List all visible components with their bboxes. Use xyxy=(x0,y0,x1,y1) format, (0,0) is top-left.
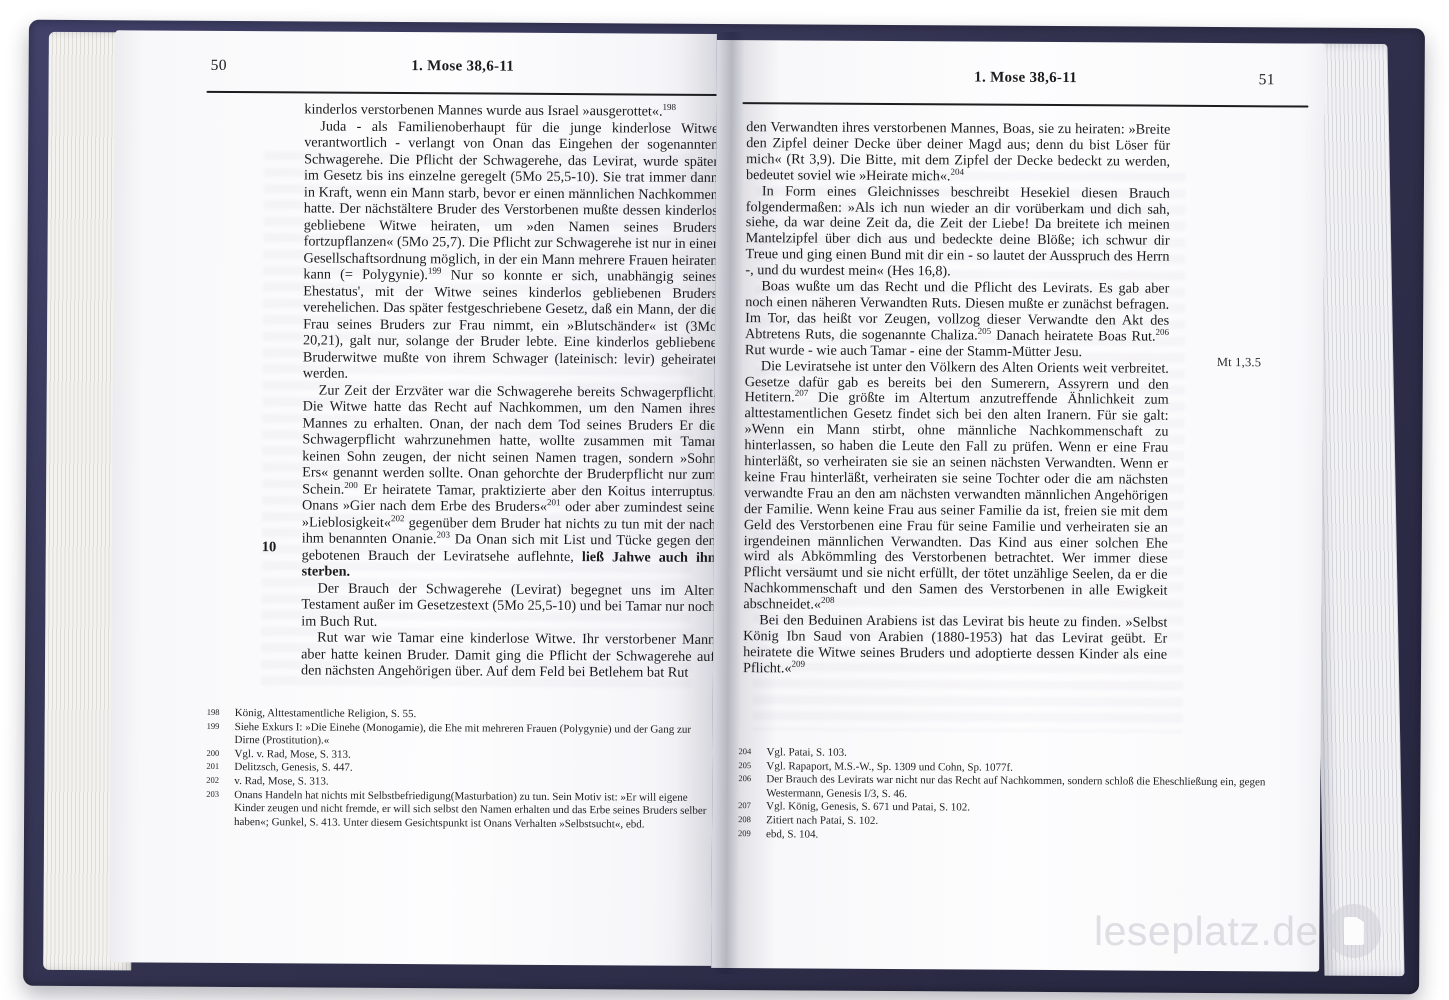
footnote-text: v. Rad, Mose, S. 313. xyxy=(234,775,328,788)
footnote-number: 199 xyxy=(207,719,220,733)
header-rule-right xyxy=(742,102,1308,107)
page-number-right: 51 xyxy=(1259,71,1275,89)
footnote-number: 201 xyxy=(206,760,219,774)
running-head-right: 1. Mose 38,6-11 xyxy=(743,68,1309,88)
footnote-number: 198 xyxy=(207,706,220,720)
footnote-text: Siehe Exkurs I: »Die Einehe (Monogamie),… xyxy=(235,721,692,747)
footnote-number: 207 xyxy=(738,799,751,813)
footnote-number: 206 xyxy=(738,772,751,786)
footnote-number: 200 xyxy=(206,747,219,761)
footnote-text: Vgl. Rapaport, M.S.-W., Sp. 1309 und Coh… xyxy=(766,760,1013,774)
body-text-right: den Verwandten ihres verstorbenen Mannes… xyxy=(743,120,1171,747)
footnote: 206Der Brauch des Levirats war nicht nur… xyxy=(738,773,1272,803)
footnote-text: Vgl. Patai, S. 103. xyxy=(766,746,846,758)
footnote: 199Siehe Exkurs I: »Die Einehe (Monogami… xyxy=(207,720,715,750)
paragraph: den Verwandten ihres verstorbenen Mannes… xyxy=(746,120,1170,186)
watermark-text: leseplatz.de xyxy=(1094,908,1319,955)
paragraph: Der Brauch der Schwagerehe (Levirat) beg… xyxy=(301,580,715,632)
paragraph: Die Leviratsehe ist unter den Völkern de… xyxy=(743,359,1169,616)
footnote-number: 205 xyxy=(738,759,751,773)
paragraph: Juda - als Familienoberhaupt für die jun… xyxy=(303,118,719,385)
footnote-number: 204 xyxy=(738,745,751,759)
right-page: 1. Mose 38,6-11 51 den Verwandten ihres … xyxy=(711,40,1325,972)
running-head-left: 1. Mose 38,6-11 xyxy=(207,57,719,77)
footnote-text: Delitzsch, Genesis, S. 447. xyxy=(234,761,352,774)
left-page: 50 1. Mose 38,6-11 10 kinderlos verstorb… xyxy=(109,30,717,966)
header-rule-left xyxy=(207,91,719,96)
book-cover: 50 1. Mose 38,6-11 10 kinderlos verstorb… xyxy=(23,20,1425,995)
body-text-left: kinderlos verstorbenen Mannes wurde aus … xyxy=(301,101,719,708)
footnote: 209ebd, S. 104. xyxy=(738,828,1272,845)
paragraph: Boas wußte um das Recht und die Pflicht … xyxy=(745,279,1169,361)
margin-cross-reference: Mt 1,3.5 xyxy=(1217,355,1261,370)
footnote-number: 209 xyxy=(738,827,751,841)
margin-verse-number: 10 xyxy=(262,539,277,556)
footnote-text: ebd, S. 104. xyxy=(766,828,818,840)
footnote-text: König, Alttestamentliche Religion, S. 55… xyxy=(235,707,417,720)
footnote-text: Vgl. König, Genesis, S. 671 und Patai, S… xyxy=(766,801,970,814)
book-photo: 50 1. Mose 38,6-11 10 kinderlos verstorb… xyxy=(0,0,1449,1000)
footnote-number: 208 xyxy=(738,813,751,827)
book-logo-icon xyxy=(1327,904,1381,958)
footnote: 203Onans Handeln hat nichts mit Selbstbe… xyxy=(206,788,714,832)
footnote-number: 203 xyxy=(206,787,219,801)
paragraph: Bei den Beduinen Arabiens ist das Levira… xyxy=(743,613,1167,679)
paragraph: Rut war wie Tamar eine kinderlose Witwe.… xyxy=(301,629,715,681)
footnote-text: Vgl. v. Rad, Mose, S. 313. xyxy=(234,748,350,761)
paragraph: In Form eines Gleichnisses beschreibt He… xyxy=(745,184,1170,282)
paragraph: Zur Zeit der Erzväter war die Schwagereh… xyxy=(302,382,717,583)
footnote-text: Der Brauch des Levirats war nicht nur da… xyxy=(766,773,1265,799)
footnotes-left: 198König, Alttestamentliche Religion, S.… xyxy=(206,707,715,832)
footnotes-right: 204Vgl. Patai, S. 103.205Vgl. Rapaport, … xyxy=(738,746,1273,844)
footnote-text: Zitiert nach Patai, S. 102. xyxy=(766,814,878,827)
footnote-number: 202 xyxy=(206,774,219,788)
footnote-text: Onans Handeln hat nichts mit Selbstbefri… xyxy=(234,789,706,831)
watermark: leseplatz.de xyxy=(1094,904,1381,958)
